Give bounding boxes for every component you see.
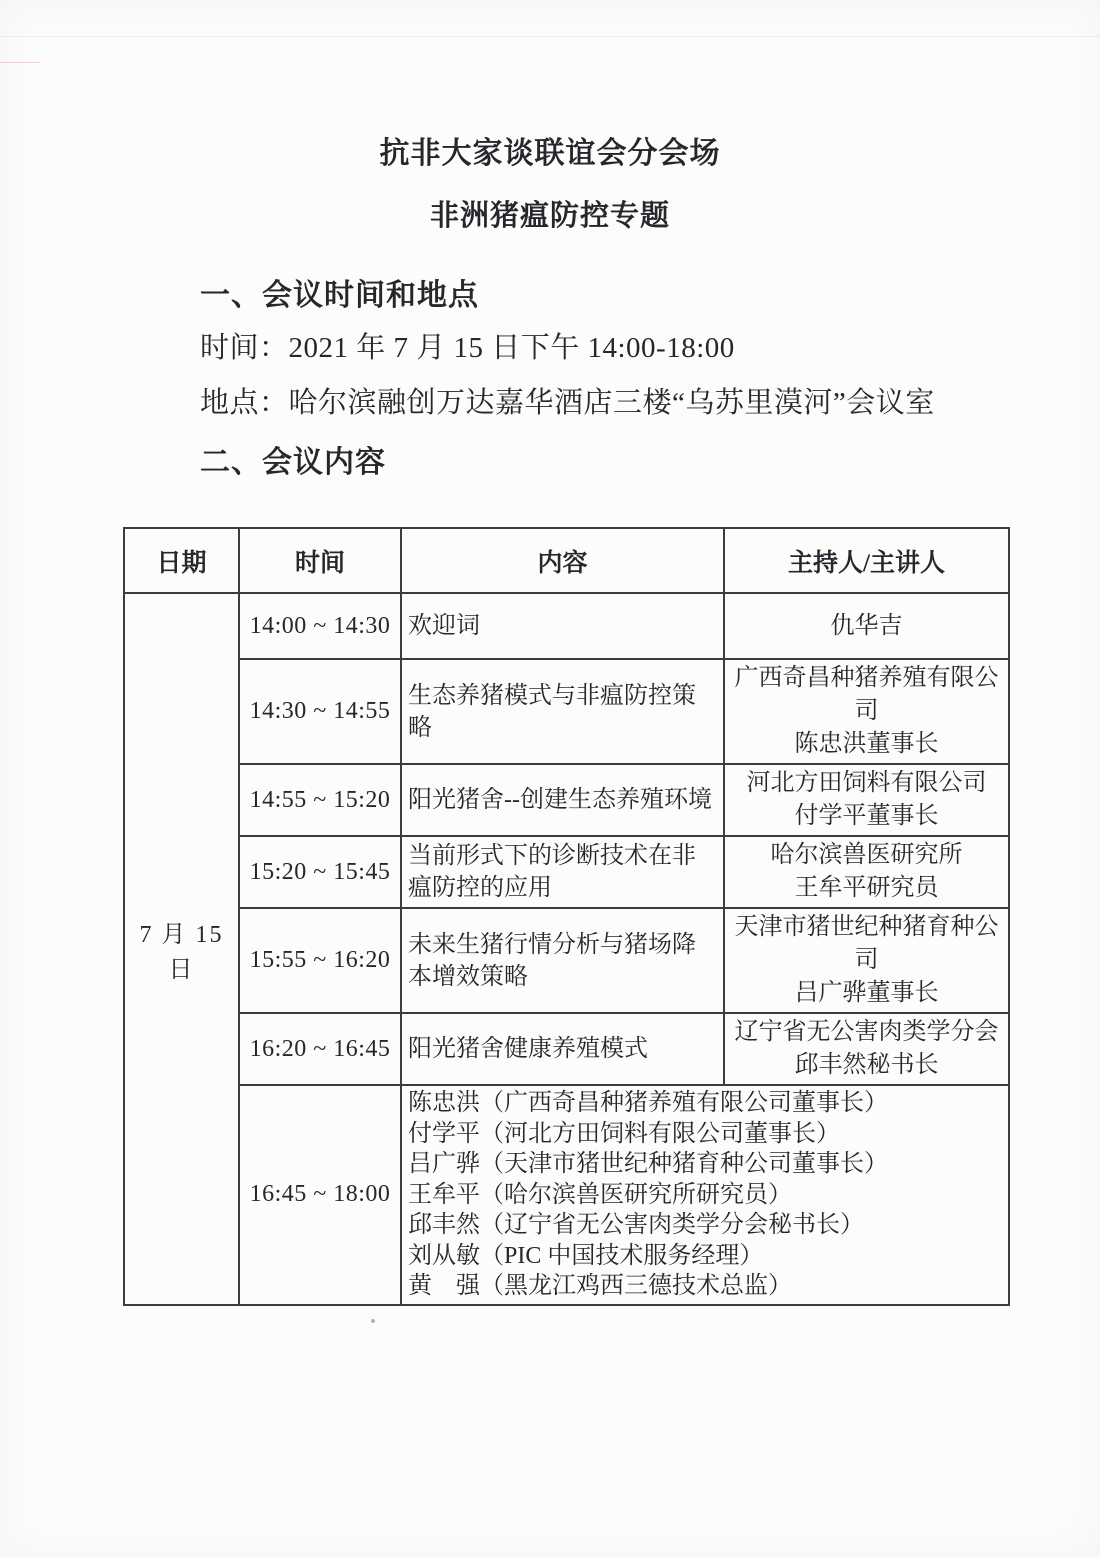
speaker-line: 仇华吉 xyxy=(731,610,1002,643)
agenda-row: 15:55 ~ 16:20未来生猪行情分析与猪场降本增效策略天津市猪世纪种猪育种… xyxy=(124,908,1009,1013)
cell-speaker: 仇华吉 xyxy=(724,593,1009,659)
panelist-line: 王牟平（哈尔滨兽医研究所研究员） xyxy=(408,1180,1002,1211)
cell-time: 14:30 ~ 14:55 xyxy=(239,659,401,764)
cell-speaker: 天津市猪世纪种猪育种公司吕广骅董事长 xyxy=(724,908,1009,1013)
cell-speaker: 哈尔滨兽医研究所王牟平研究员 xyxy=(724,836,1009,908)
panelist-line: 陈忠洪（广西奇昌种猪养殖有限公司董事长） xyxy=(408,1088,1002,1119)
speaker-line: 河北方田饲料有限公司 xyxy=(731,767,1002,800)
speaker-line: 辽宁省无公害肉类学分会 xyxy=(731,1016,1002,1049)
meeting-place-line: 地点：哈尔滨融创万达嘉华酒店三楼“乌苏里漠河”会议室 xyxy=(200,380,935,421)
panelist-line: 刘从敏（PIC 中国技术服务经理） xyxy=(408,1241,1002,1272)
cell-time: 16:45 ~ 18:00 xyxy=(239,1085,401,1305)
panelist-line: 黄 强（黑龙江鸡西三德技术总监） xyxy=(408,1271,1002,1302)
cell-time: 16:20 ~ 16:45 xyxy=(239,1013,401,1085)
scan-artifact-line xyxy=(0,36,1100,37)
scan-artifact-line xyxy=(0,62,40,63)
cell-content: 未来生猪行情分析与猪场降本增效策略 xyxy=(401,908,724,1013)
cell-content: 欢迎词 xyxy=(401,593,724,659)
cell-speaker: 广西奇昌种猪养殖有限公司陈忠洪董事长 xyxy=(724,659,1009,764)
cell-content: 阳光猪舍--创建生态养殖环境 xyxy=(401,764,724,836)
speaker-line: 王牟平研究员 xyxy=(731,872,1002,905)
header-cell-content: 内容 xyxy=(401,528,724,593)
agenda-header-row: 日期 时间 内容 主持人/主讲人 xyxy=(124,528,1009,593)
speaker-line: 付学平董事长 xyxy=(731,800,1002,833)
agenda-row: 16:20 ~ 16:45阳光猪舍健康养殖模式辽宁省无公害肉类学分会邱丰然秘书长 xyxy=(124,1013,1009,1085)
cell-date: 7 月 15 日 xyxy=(124,593,239,1305)
agenda-row: 14:30 ~ 14:55生态养猪模式与非瘟防控策略广西奇昌种猪养殖有限公司陈忠… xyxy=(124,659,1009,764)
header-cell-date: 日期 xyxy=(124,528,239,593)
scan-artifact-dot xyxy=(371,1319,375,1323)
section-heading-time-place: 一、会议时间和地点 xyxy=(200,270,479,314)
meeting-time-line: 时间：2021 年 7 月 15 日下午 14:00-18:00 xyxy=(200,325,735,366)
section-heading-content: 二、会议内容 xyxy=(200,437,386,481)
cell-panel-discussion: 陈忠洪（广西奇昌种猪养殖有限公司董事长）付学平（河北方田饲料有限公司董事长）吕广… xyxy=(401,1085,1009,1305)
document-subtitle: 非洲猪瘟防控专题 xyxy=(0,193,1100,234)
speaker-line: 广西奇昌种猪养殖有限公司 xyxy=(731,662,1002,728)
header-cell-time: 时间 xyxy=(239,528,401,593)
cell-content: 生态养猪模式与非瘟防控策略 xyxy=(401,659,724,764)
speaker-line: 哈尔滨兽医研究所 xyxy=(731,839,1002,872)
agenda-row-panel: 16:45 ~ 18:00陈忠洪（广西奇昌种猪养殖有限公司董事长）付学平（河北方… xyxy=(124,1085,1009,1305)
cell-speaker: 辽宁省无公害肉类学分会邱丰然秘书长 xyxy=(724,1013,1009,1085)
speaker-line: 邱丰然秘书长 xyxy=(731,1049,1002,1082)
panelist-line: 付学平（河北方田饲料有限公司董事长） xyxy=(408,1119,1002,1150)
agenda-row: 15:20 ~ 15:45当前形式下的诊断技术在非瘟防控的应用哈尔滨兽医研究所王… xyxy=(124,836,1009,908)
cell-speaker: 河北方田饲料有限公司付学平董事长 xyxy=(724,764,1009,836)
cell-time: 14:55 ~ 15:20 xyxy=(239,764,401,836)
cell-time: 15:55 ~ 16:20 xyxy=(239,908,401,1013)
panelist-line: 吕广骅（天津市猪世纪种猪育种公司董事长） xyxy=(408,1149,1002,1180)
cell-content: 当前形式下的诊断技术在非瘟防控的应用 xyxy=(401,836,724,908)
agenda-table-body: 7 月 15 日14:00 ~ 14:30欢迎词仇华吉14:30 ~ 14:55… xyxy=(124,593,1009,1305)
speaker-line: 天津市猪世纪种猪育种公司 xyxy=(731,911,1002,977)
cell-content: 阳光猪舍健康养殖模式 xyxy=(401,1013,724,1085)
agenda-row: 14:55 ~ 15:20阳光猪舍--创建生态养殖环境河北方田饲料有限公司付学平… xyxy=(124,764,1009,836)
scanned-document-page: 抗非大家谈联谊会分会场 非洲猪瘟防控专题 一、会议时间和地点 时间：2021 年… xyxy=(0,0,1100,1557)
cell-time: 15:20 ~ 15:45 xyxy=(239,836,401,908)
agenda-row: 7 月 15 日14:00 ~ 14:30欢迎词仇华吉 xyxy=(124,593,1009,659)
speaker-line: 陈忠洪董事长 xyxy=(731,728,1002,761)
speaker-line: 吕广骅董事长 xyxy=(731,977,1002,1010)
cell-time: 14:00 ~ 14:30 xyxy=(239,593,401,659)
agenda-table: 日期 时间 内容 主持人/主讲人 7 月 15 日14:00 ~ 14:30欢迎… xyxy=(123,527,1010,1306)
header-cell-speaker: 主持人/主讲人 xyxy=(724,528,1009,593)
panelist-line: 邱丰然（辽宁省无公害肉类学分会秘书长） xyxy=(408,1210,1002,1241)
document-title: 抗非大家谈联谊会分会场 xyxy=(0,128,1100,172)
